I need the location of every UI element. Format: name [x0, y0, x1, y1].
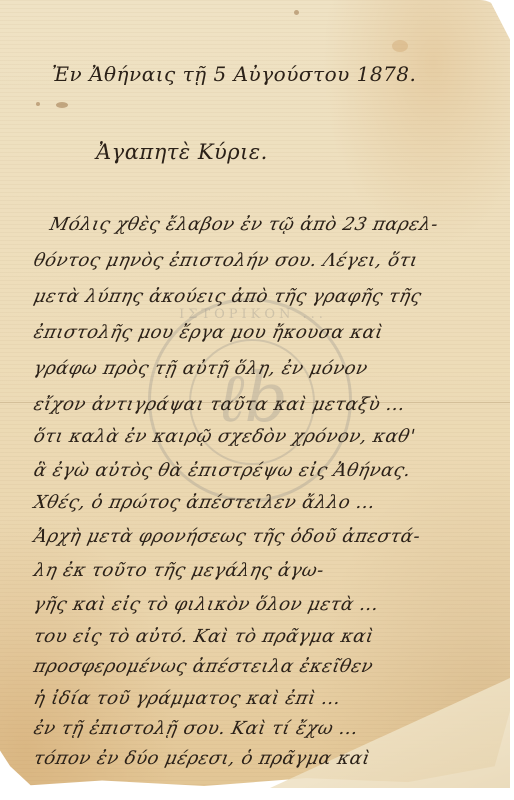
body-line: γράφω πρὸς τῇ αὐτῇ ὅλη, ἐν μόνον — [32, 358, 370, 379]
body-line: του εἰς τὸ αὐτό. Καὶ τὸ πρᾶγμα καὶ — [32, 626, 376, 647]
body-line: ἐν τῇ ἐπιστολῇ σου. Καὶ τί ἔχω ... — [32, 718, 361, 739]
place-date-line: Ἐν Ἀθήναις τῇ 5 Αὐγούστου 1878. — [52, 62, 416, 86]
body-line: γῆς καὶ εἰς τὸ φιλικὸν ὅλον μετὰ ... — [32, 594, 381, 615]
body-line: τόπον ἐν δύο μέρεσι, ὁ πρᾶγμα καὶ — [32, 748, 373, 769]
seal-ring-text: ΙΣΤΟΡΙΚΟΝ ... — [151, 307, 355, 322]
stain-spot — [56, 102, 68, 108]
body-line: Χθές, ὁ πρώτος ἀπέστειλεν ἄλλο ... — [32, 492, 378, 513]
body-line: ἡ ἰδία τοῦ γράμματος καὶ ἐπὶ ... — [32, 688, 343, 709]
body-line: Μόλις χθὲς ἔλαβον ἐν τῷ ἀπὸ 23 παρελ- — [48, 214, 440, 235]
stain-spot — [294, 10, 299, 15]
letter-scan: ΙΣΤΟΡΙΚΟΝ ... ℓb Ἐν Ἀθήναις τῇ 5 Αὐγούστ… — [0, 0, 514, 800]
body-line: ἐπιστολῆς μου ἔργα μου ἤκουσα καὶ — [32, 322, 385, 343]
body-line: Ἀρχὴ μετὰ φρονήσεως τῆς ὁδοῦ ἀπεστά- — [32, 526, 423, 547]
body-line: ὅτι καλὰ ἐν καιρῷ σχεδὸν χρόνον, καθ' — [32, 426, 418, 447]
body-line: θόντος μηνὸς ἐπιστολήν σου. Λέγει, ὅτι — [32, 250, 420, 271]
greeting-line: Ἀγαπητὲ Κύριε. — [96, 140, 268, 164]
body-line: προσφερομένως ἀπέστειλα ἐκεῖθεν — [32, 656, 375, 677]
stain-spot — [392, 40, 408, 52]
body-line: μετὰ λύπης ἀκούεις ἀπὸ τῆς γραφῆς τῆς — [32, 286, 424, 307]
body-line: εἴχον ἀντιγράψαι ταῦτα καὶ μεταξὺ ... — [32, 394, 408, 415]
body-line: λη ἐκ τοῦτο τῆς μεγάλης ἀγω- — [32, 560, 326, 581]
stain-spot — [36, 102, 40, 106]
body-line: ἃ ἐγὼ αὐτὸς θὰ ἐπιστρέψω εἰς Ἀθήνας. — [32, 460, 413, 481]
